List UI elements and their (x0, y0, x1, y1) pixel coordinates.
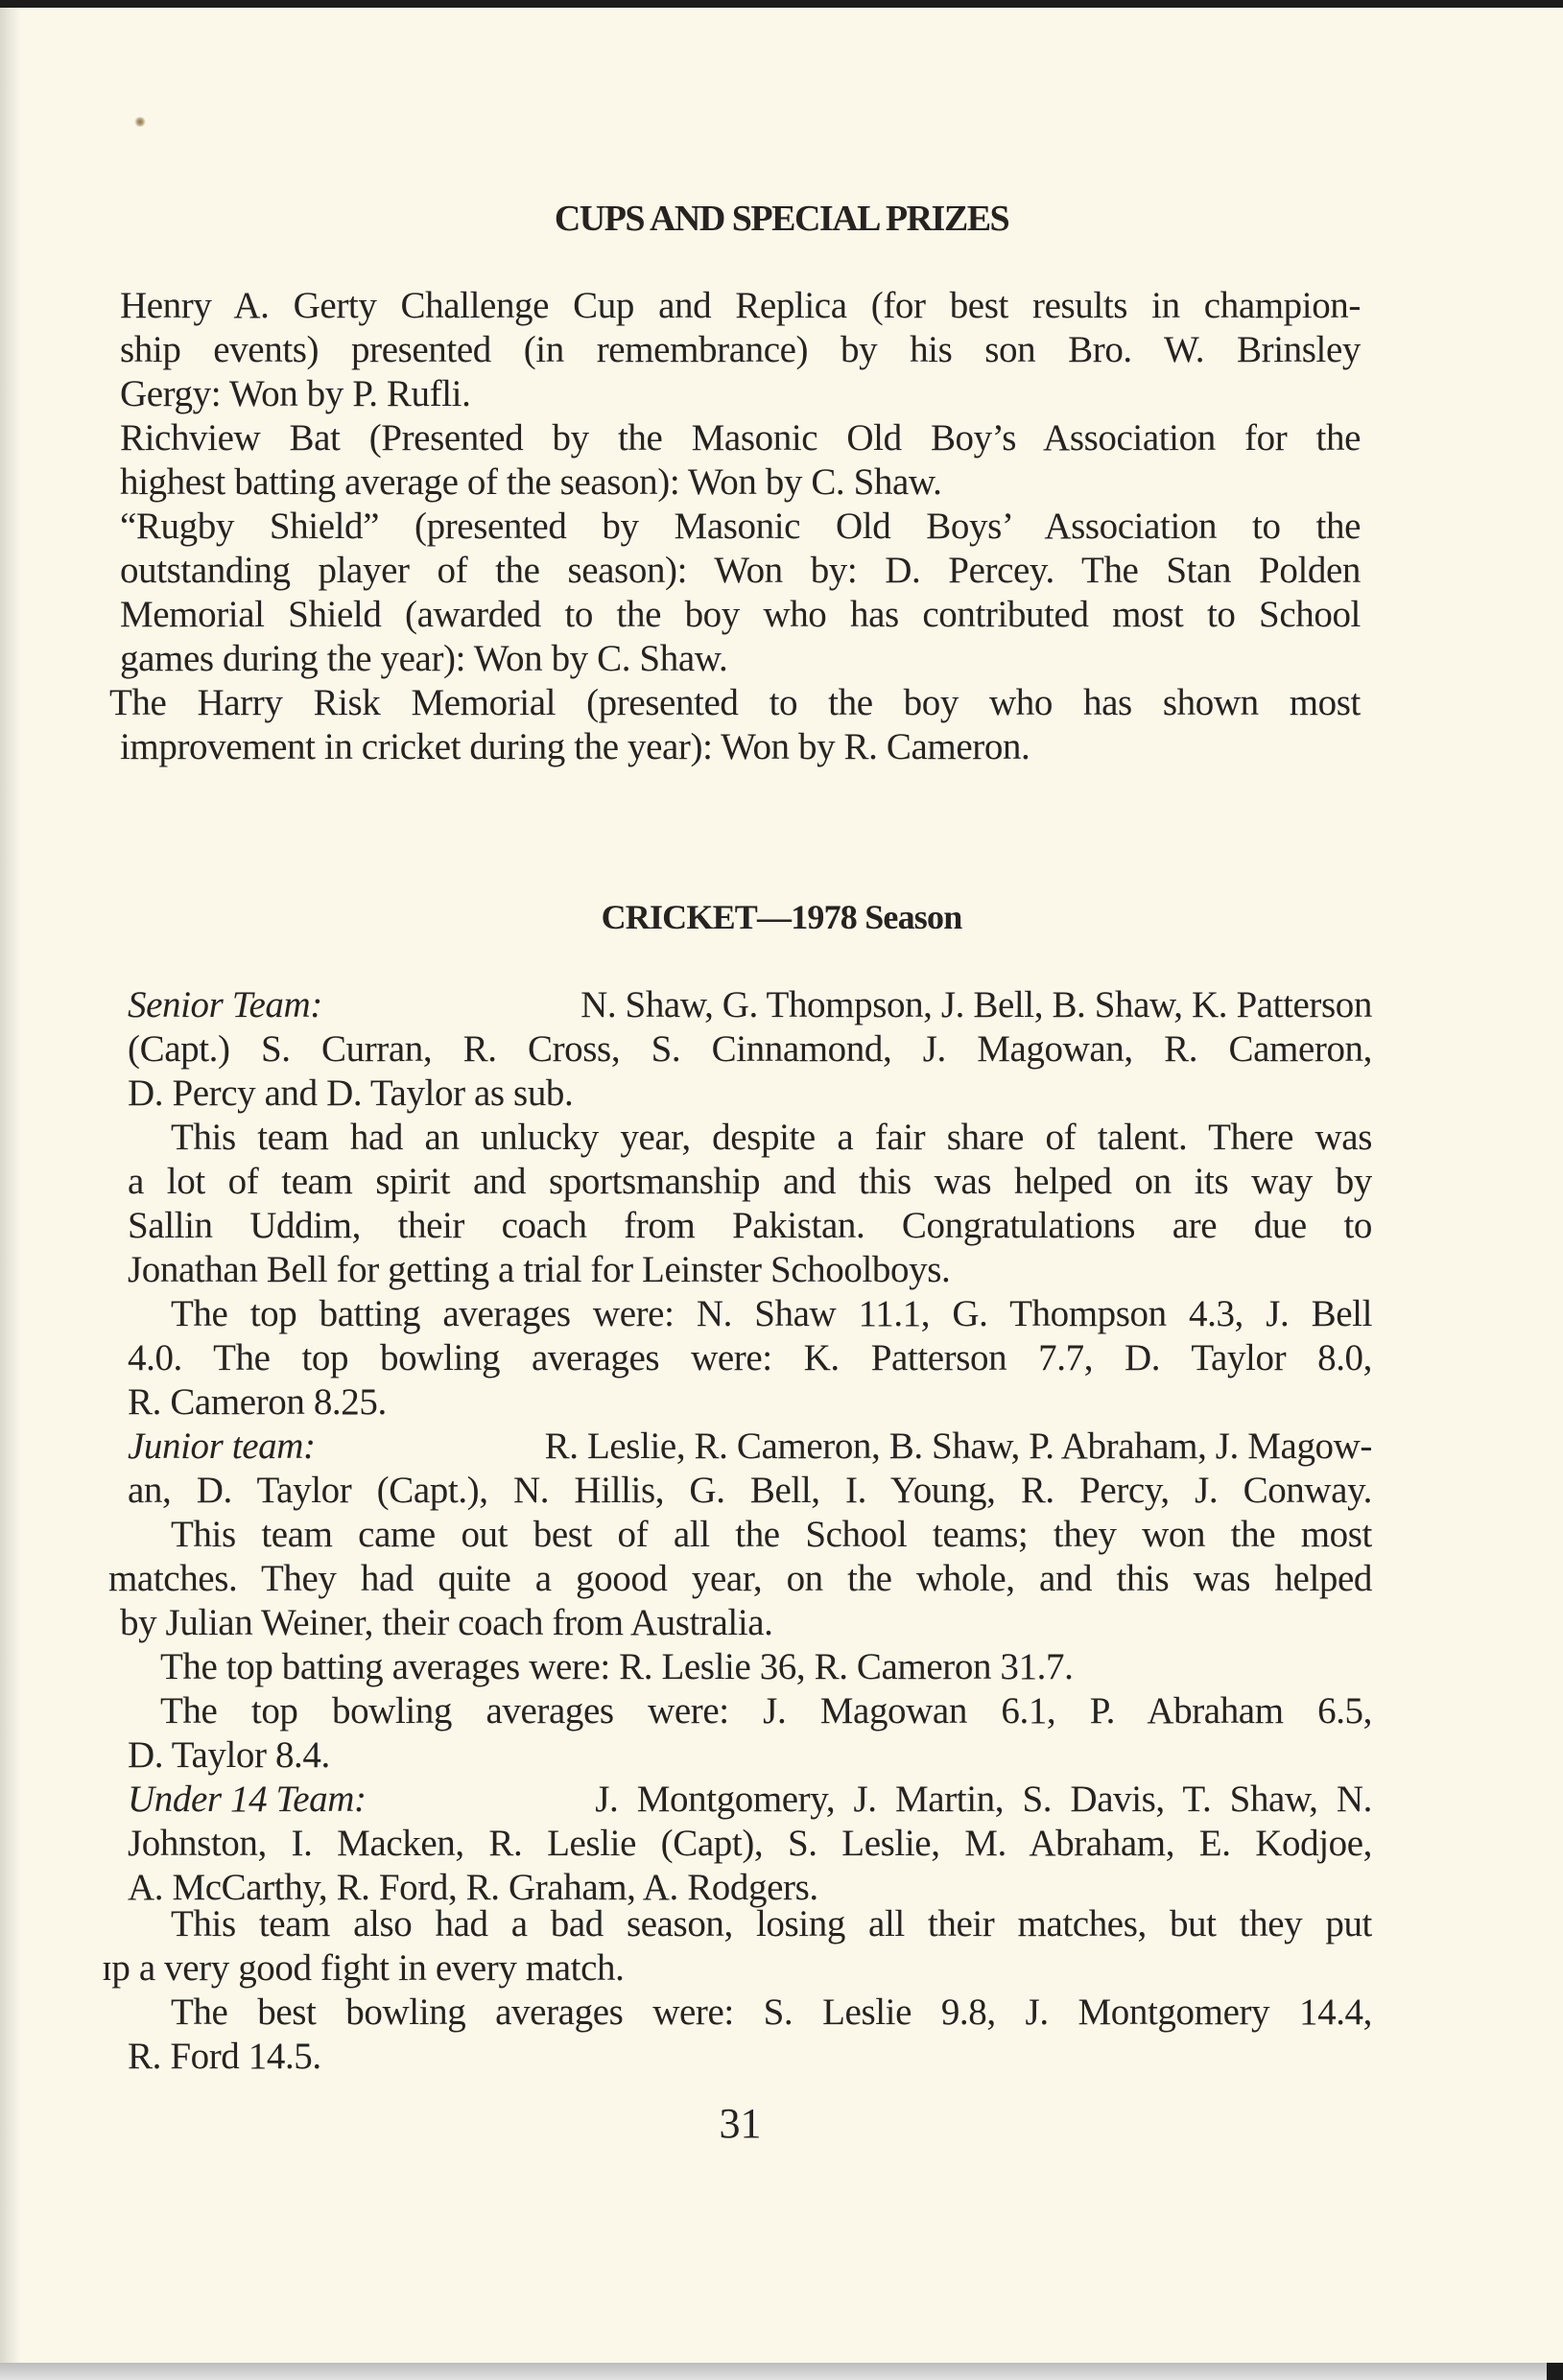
senior-team-names: N. Shaw, G. Thompson, J. Bell, B. Shaw, … (580, 983, 1372, 1027)
cups-line: Henry A. Gerty Challenge Cup and Replica… (120, 284, 1361, 328)
senior-team-line: Senior Team: N. Shaw, G. Thompson, J. Be… (128, 983, 1372, 1027)
scan-corner (1547, 2363, 1563, 2380)
senior-line: a lot of team spirit and sportsmanship a… (128, 1160, 1372, 1204)
senior-team-label: Senior Team: (128, 983, 322, 1027)
page-number: 31 (0, 2099, 1480, 2148)
under14-line: ɪp a very good fight in every match. (102, 1946, 624, 1991)
senior-line: The top batting averages were: N. Shaw 1… (171, 1292, 1372, 1336)
under14-line: This team also had a bad season, losing … (171, 1902, 1372, 1946)
cups-line: “Rugby Shield” (presented by Masonic Old… (120, 505, 1361, 549)
scan-top-edge (0, 0, 1563, 8)
junior-line: This team came out best of all the Schoo… (171, 1513, 1372, 1557)
senior-line: (Capt.) S. Curran, R. Cross, S. Cinnamon… (128, 1027, 1372, 1072)
under14-team-line: Under 14 Team: J. Montgomery, J. Martin,… (128, 1778, 1372, 1822)
scan-bottom-edge (0, 2363, 1563, 2380)
senior-line: Sallin Uddim, their coach from Pakistan.… (128, 1204, 1372, 1248)
cups-line: outstanding player of the season): Won b… (120, 549, 1361, 593)
paper-speck (134, 117, 146, 127)
cups-line: The Harry Risk Memorial (presented to th… (109, 681, 1361, 725)
junior-line: matches. They had quite a goood year, on… (108, 1557, 1372, 1601)
senior-line: 4.0. The top bowling averages were: K. P… (128, 1336, 1372, 1380)
junior-line: The top bowling averages were: J. Magowa… (160, 1689, 1372, 1733)
cricket-heading: CRICKET—1978 Season (0, 897, 1563, 937)
cups-line: Memorial Shield (awarded to the boy who … (120, 593, 1361, 637)
cups-line: games during the year): Won by C. Shaw. (120, 637, 727, 681)
junior-team-line: Junior team: R. Leslie, R. Cameron, B. S… (128, 1425, 1372, 1469)
under14-line: R. Ford 14.5. (128, 2035, 321, 2079)
senior-line: This team had an unlucky year, despite a… (171, 1116, 1372, 1160)
junior-line: The top batting averages were: R. Leslie… (160, 1645, 1073, 1689)
cups-line: ship events) presented (in remembrance) … (120, 328, 1361, 372)
junior-line: by Julian Weiner, their coach from Austr… (120, 1601, 773, 1645)
cups-line: highest batting average of the season): … (120, 460, 942, 505)
cups-heading: CUPS AND SPECIAL PRIZES (0, 198, 1563, 240)
senior-line: D. Percy and D. Taylor as sub. (128, 1072, 573, 1116)
junior-line: an, D. Taylor (Capt.), N. Hillis, G. Bel… (128, 1469, 1372, 1513)
senior-line: Jonathan Bell for getting a trial for Le… (128, 1248, 950, 1292)
junior-team-names: R. Leslie, R. Cameron, B. Shaw, P. Abrah… (545, 1425, 1372, 1469)
junior-team-label: Junior team: (128, 1425, 316, 1469)
junior-line: D. Taylor 8.4. (128, 1733, 330, 1778)
under14-team-names: J. Montgomery, J. Martin, S. Davis, T. S… (595, 1778, 1372, 1822)
cups-line: improvement in cricket during the year):… (120, 725, 1030, 769)
under14-line: The best bowling averages were: S. Lesli… (171, 1991, 1372, 2035)
cups-line: Richview Bat (Presented by the Masonic O… (120, 416, 1361, 460)
cups-line: Gergy: Won by P. Rufli. (120, 372, 470, 416)
page-gutter-shadow (0, 8, 21, 2363)
under14-line: Johnston, I. Macken, R. Leslie (Capt), S… (128, 1822, 1372, 1866)
senior-line: R. Cameron 8.25. (128, 1380, 387, 1425)
under14-team-label: Under 14 Team: (128, 1778, 367, 1822)
